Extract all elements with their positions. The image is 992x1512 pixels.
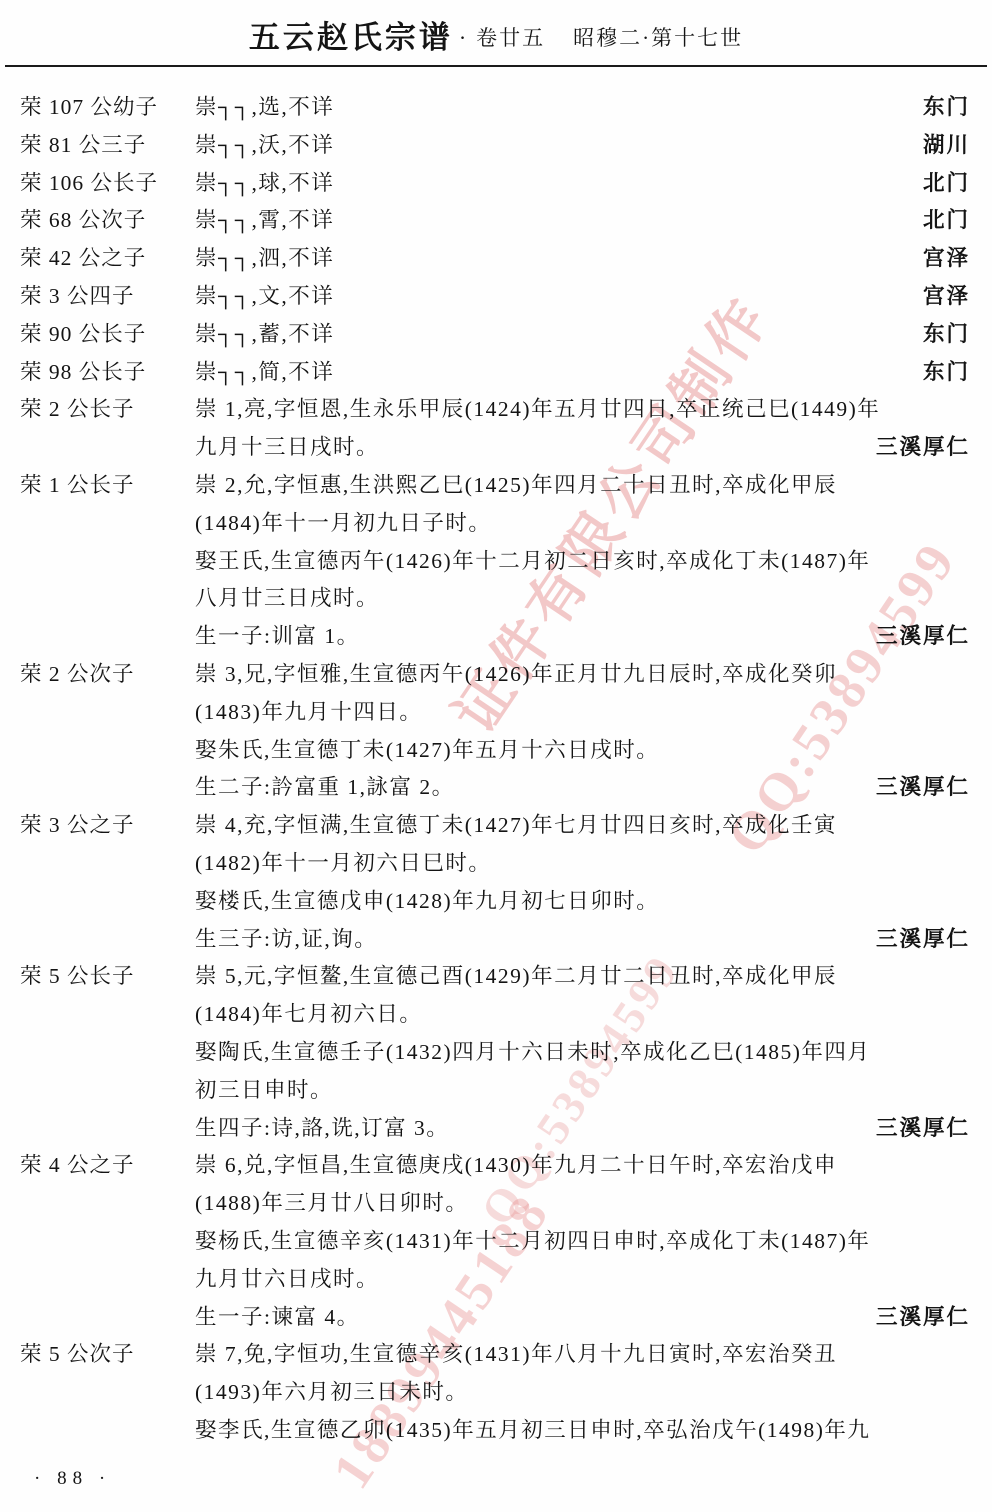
entry-label: 荣 1 公长子 xyxy=(20,467,195,656)
entry-content: 崇 2,允,字恒惠,生洪熙乙巳(1425)年四月二十日丑时,卒成化甲辰(1484… xyxy=(195,467,970,656)
entry-row: 荣 98 公长子崇┐┐,简,不详东门 xyxy=(20,354,970,392)
entry-line: 娶李氏,生宣德乙卯(1435)年五月初三日申时,卒弘治戊午(1498)年九 xyxy=(195,1412,970,1450)
entry-line: 娶王氏,生宣德丙午(1426)年十二月初二日亥时,卒成化丁未(1487)年 xyxy=(195,543,970,581)
entry-line: (1484)年七月初六日。 xyxy=(195,996,970,1034)
branch-place-label: 北门 xyxy=(923,165,970,203)
entry-line: 娶朱氏,生宣德丁未(1427)年五月十六日戌时。 xyxy=(195,732,970,770)
entry-label: 荣 5 公次子 xyxy=(20,1336,195,1449)
page-header: 五云赵氏宗谱·卷廿五昭穆二·第十七世 xyxy=(0,0,992,57)
entry-line: 崇 6,兑,字恒昌,生宣德庚戌(1430)年九月二十日午时,卒宏治戊申 xyxy=(195,1147,970,1185)
entry-line: 娶陶氏,生宣德壬子(1432)四月十六日未时,卒成化乙巳(1485)年四月 xyxy=(195,1034,970,1072)
entry-row: 荣 5 公长子崇 5,元,字恒鳌,生宣德己酉(1429)年二月廿二日丑时,卒成化… xyxy=(20,958,970,1147)
entry-content: 崇 3,兄,字恒雅,生宣德丙午(1426)年正月廿九日辰时,卒成化癸卯(1483… xyxy=(195,656,970,807)
entry-content: 崇┐┐,选,不详东门 xyxy=(195,89,970,127)
entry-text: 崇┐┐,简,不详 xyxy=(195,354,334,392)
entry-label: 荣 90 公长子 xyxy=(20,316,195,354)
entry-line: (1484)年十一月初九日子时。 xyxy=(195,505,970,543)
entry-text: 崇 5,元,字恒鳌,生宣德己酉(1429)年二月廿二日丑时,卒成化甲辰 xyxy=(195,958,837,996)
entry-text: 生四子:诗,詻,诜,订富 3。 xyxy=(195,1110,449,1148)
entry-text: 崇 7,免,字恒功,生宣德辛亥(1431)年八月十九日寅时,卒宏治癸丑 xyxy=(195,1336,837,1374)
entry-line: 崇┐┐,选,不详东门 xyxy=(195,89,970,127)
entry-text: 崇┐┐,文,不详 xyxy=(195,278,334,316)
entry-row: 荣 107 公幼子崇┐┐,选,不详东门 xyxy=(20,89,970,127)
entry-label: 荣 2 公长子 xyxy=(20,391,195,467)
entry-row: 荣 81 公三子崇┐┐,沃,不详湖川 xyxy=(20,127,970,165)
page-number: · 88 · xyxy=(34,1468,111,1490)
entry-content: 崇┐┐,沃,不详湖川 xyxy=(195,127,970,165)
entry-text: (1482)年十一月初六日巳时。 xyxy=(195,845,491,883)
entry-line: 生一子:谏富 4。三溪厚仁 xyxy=(195,1299,970,1337)
entry-line: 崇 3,兄,字恒雅,生宣德丙午(1426)年正月廿九日辰时,卒成化癸卯 xyxy=(195,656,970,694)
entry-line: 娶杨氏,生宣德辛亥(1431)年十二月初四日申时,卒成化丁未(1487)年 xyxy=(195,1223,970,1261)
entries: 荣 107 公幼子崇┐┐,选,不详东门荣 81 公三子崇┐┐,沃,不详湖川荣 1… xyxy=(0,67,992,1450)
entry-line: 崇┐┐,霄,不详北门 xyxy=(195,202,970,240)
branch-place-label: 宫泽 xyxy=(923,278,970,316)
entry-line: 崇┐┐,泗,不详宫泽 xyxy=(195,240,970,278)
entry-content: 崇┐┐,简,不详东门 xyxy=(195,354,970,392)
entry-label: 荣 106 公长子 xyxy=(20,165,195,203)
entry-line: (1482)年十一月初六日巳时。 xyxy=(195,845,970,883)
entry-text: 娶李氏,生宣德乙卯(1435)年五月初三日申时,卒弘治戊午(1498)年九 xyxy=(195,1412,870,1450)
title-separator: · xyxy=(459,25,466,50)
entry-content: 崇┐┐,文,不详宫泽 xyxy=(195,278,970,316)
entry-line: (1493)年六月初三日未时。 xyxy=(195,1374,970,1412)
entry-line: (1488)年三月廿八日卯时。 xyxy=(195,1185,970,1223)
entry-line: 崇 1,亮,字恒恩,生永乐甲辰(1424)年五月廿四日,卒正统己巳(1449)年 xyxy=(195,391,970,429)
entry-text: 崇┐┐,沃,不详 xyxy=(195,127,334,165)
entry-row: 荣 2 公次子崇 3,兄,字恒雅,生宣德丙午(1426)年正月廿九日辰时,卒成化… xyxy=(20,656,970,807)
entry-label: 荣 68 公次子 xyxy=(20,202,195,240)
entry-line: 崇┐┐,球,不详北门 xyxy=(195,165,970,203)
entry-row: 荣 68 公次子崇┐┐,霄,不详北门 xyxy=(20,202,970,240)
entry-line: 生一子:训富 1。三溪厚仁 xyxy=(195,618,970,656)
entry-text: 崇 3,兄,字恒雅,生宣德丙午(1426)年正月廿九日辰时,卒成化癸卯 xyxy=(195,656,837,694)
entry-line: 娶楼氏,生宣德戊申(1428)年九月初七日卯时。 xyxy=(195,883,970,921)
entry-text: 初三日申时。 xyxy=(195,1072,333,1110)
entry-text: 崇 1,亮,字恒恩,生永乐甲辰(1424)年五月廿四日,卒正统己巳(1449)年 xyxy=(195,391,880,429)
entry-text: 崇┐┐,选,不详 xyxy=(195,89,334,127)
volume-label: 卷廿五 xyxy=(476,26,545,50)
entry-text: 八月廿三日戌时。 xyxy=(195,580,379,618)
entry-content: 崇 7,免,字恒功,生宣德辛亥(1431)年八月十九日寅时,卒宏治癸丑(1493… xyxy=(195,1336,970,1449)
entry-label: 荣 3 公之子 xyxy=(20,807,195,958)
entry-content: 崇 1,亮,字恒恩,生永乐甲辰(1424)年五月廿四日,卒正统己巳(1449)年… xyxy=(195,391,970,467)
entry-label: 荣 5 公长子 xyxy=(20,958,195,1147)
entry-text: 崇 4,充,字恒满,生宣德丁未(1427)年七月廿四日亥时,卒成化壬寅 xyxy=(195,807,837,845)
branch-place-label: 三溪厚仁 xyxy=(876,1299,970,1337)
branch-place-label: 东门 xyxy=(923,316,970,354)
entry-content: 崇 4,充,字恒满,生宣德丁未(1427)年七月廿四日亥时,卒成化壬寅(1482… xyxy=(195,807,970,958)
entry-row: 荣 3 公四子崇┐┐,文,不详宫泽 xyxy=(20,278,970,316)
entry-label: 荣 2 公次子 xyxy=(20,656,195,807)
entry-row: 荣 106 公长子崇┐┐,球,不详北门 xyxy=(20,165,970,203)
branch-place-label: 湖川 xyxy=(923,127,970,165)
entry-text: 娶陶氏,生宣德壬子(1432)四月十六日未时,卒成化乙巳(1485)年四月 xyxy=(195,1034,870,1072)
entry-label: 荣 81 公三子 xyxy=(20,127,195,165)
entry-content: 崇┐┐,球,不详北门 xyxy=(195,165,970,203)
entry-row: 荣 3 公之子崇 4,充,字恒满,生宣德丁未(1427)年七月廿四日亥时,卒成化… xyxy=(20,807,970,958)
branch-place-label: 宫泽 xyxy=(923,240,970,278)
entry-text: (1484)年七月初六日。 xyxy=(195,996,422,1034)
entry-text: 娶楼氏,生宣德戊申(1428)年九月初七日卯时。 xyxy=(195,883,659,921)
entry-content: 崇 6,兑,字恒昌,生宣德庚戌(1430)年九月二十日午时,卒宏治戊申(1488… xyxy=(195,1147,970,1336)
entry-content: 崇┐┐,霄,不详北门 xyxy=(195,202,970,240)
entry-content: 崇┐┐,泗,不详宫泽 xyxy=(195,240,970,278)
entry-line: 崇┐┐,蓄,不详东门 xyxy=(195,316,970,354)
entry-text: (1484)年十一月初九日子时。 xyxy=(195,505,491,543)
entry-line: 初三日申时。 xyxy=(195,1072,970,1110)
entry-line: 崇┐┐,文,不详宫泽 xyxy=(195,278,970,316)
entry-line: 崇 2,允,字恒惠,生洪熙乙巳(1425)年四月二十日丑时,卒成化甲辰 xyxy=(195,467,970,505)
entry-text: (1493)年六月初三日未时。 xyxy=(195,1374,468,1412)
entry-line: 八月廿三日戌时。 xyxy=(195,580,970,618)
genealogy-page: 五云赵氏宗谱·卷廿五昭穆二·第十七世 荣 107 公幼子崇┐┐,选,不详东门荣 … xyxy=(0,0,992,1512)
entry-text: 九月十三日戌时。 xyxy=(195,429,379,467)
entry-content: 崇 5,元,字恒鳌,生宣德己酉(1429)年二月廿二日丑时,卒成化甲辰(1484… xyxy=(195,958,970,1147)
entry-text: 崇┐┐,泗,不详 xyxy=(195,240,334,278)
entry-line: 九月十三日戌时。三溪厚仁 xyxy=(195,429,970,467)
entry-row: 荣 90 公长子崇┐┐,蓄,不详东门 xyxy=(20,316,970,354)
entry-line: 崇 7,免,字恒功,生宣德辛亥(1431)年八月十九日寅时,卒宏治癸丑 xyxy=(195,1336,970,1374)
entry-label: 荣 4 公之子 xyxy=(20,1147,195,1336)
entry-text: 崇 6,兑,字恒昌,生宣德庚戌(1430)年九月二十日午时,卒宏治戊申 xyxy=(195,1147,837,1185)
entry-text: 娶王氏,生宣德丙午(1426)年十二月初二日亥时,卒成化丁未(1487)年 xyxy=(195,543,870,581)
branch-place-label: 东门 xyxy=(923,354,970,392)
entry-row: 荣 1 公长子崇 2,允,字恒惠,生洪熙乙巳(1425)年四月二十日丑时,卒成化… xyxy=(20,467,970,656)
branch-place-label: 三溪厚仁 xyxy=(876,921,970,959)
entry-row: 荣 2 公长子崇 1,亮,字恒恩,生永乐甲辰(1424)年五月廿四日,卒正统己巳… xyxy=(20,391,970,467)
entry-text: 九月廿六日戌时。 xyxy=(195,1261,379,1299)
entry-row: 荣 5 公次子崇 7,免,字恒功,生宣德辛亥(1431)年八月十九日寅时,卒宏治… xyxy=(20,1336,970,1449)
entry-text: 娶杨氏,生宣德辛亥(1431)年十二月初四日申时,卒成化丁未(1487)年 xyxy=(195,1223,870,1261)
branch-place-label: 三溪厚仁 xyxy=(876,769,970,807)
entry-text: 生二子:訡富重 1,詠富 2。 xyxy=(195,769,455,807)
entry-label: 荣 3 公四子 xyxy=(20,278,195,316)
branch-place-label: 三溪厚仁 xyxy=(876,429,970,467)
entry-text: 崇┐┐,蓄,不详 xyxy=(195,316,334,354)
entry-text: 崇┐┐,球,不详 xyxy=(195,165,334,203)
entry-line: 生二子:訡富重 1,詠富 2。三溪厚仁 xyxy=(195,769,970,807)
entry-text: 生三子:访,证,询。 xyxy=(195,921,377,959)
entry-line: (1483)年九月十四日。 xyxy=(195,694,970,732)
entry-row: 荣 42 公之子崇┐┐,泗,不详宫泽 xyxy=(20,240,970,278)
entry-text: 生一子:训富 1。 xyxy=(195,618,360,656)
entry-text: 生一子:谏富 4。 xyxy=(195,1299,360,1337)
entry-label: 荣 42 公之子 xyxy=(20,240,195,278)
book-title: 五云赵氏宗谱 xyxy=(249,20,453,55)
entry-text: 崇┐┐,霄,不详 xyxy=(195,202,334,240)
section-label: 昭穆二·第十七世 xyxy=(573,26,743,50)
entry-label: 荣 107 公幼子 xyxy=(20,89,195,127)
entry-line: 崇 5,元,字恒鳌,生宣德己酉(1429)年二月廿二日丑时,卒成化甲辰 xyxy=(195,958,970,996)
entry-line: 崇┐┐,简,不详东门 xyxy=(195,354,970,392)
entry-content: 崇┐┐,蓄,不详东门 xyxy=(195,316,970,354)
entry-text: (1488)年三月廿八日卯时。 xyxy=(195,1185,468,1223)
branch-place-label: 东门 xyxy=(923,89,970,127)
entry-text: 娶朱氏,生宣德丁未(1427)年五月十六日戌时。 xyxy=(195,732,659,770)
entry-line: 生三子:访,证,询。三溪厚仁 xyxy=(195,921,970,959)
entry-text: 崇 2,允,字恒惠,生洪熙乙巳(1425)年四月二十日丑时,卒成化甲辰 xyxy=(195,467,837,505)
branch-place-label: 北门 xyxy=(923,202,970,240)
entry-text: (1483)年九月十四日。 xyxy=(195,694,422,732)
entry-line: 生四子:诗,詻,诜,订富 3。三溪厚仁 xyxy=(195,1110,970,1148)
entry-line: 崇┐┐,沃,不详湖川 xyxy=(195,127,970,165)
entry-row: 荣 4 公之子崇 6,兑,字恒昌,生宣德庚戌(1430)年九月二十日午时,卒宏治… xyxy=(20,1147,970,1336)
entry-label: 荣 98 公长子 xyxy=(20,354,195,392)
entry-line: 九月廿六日戌时。 xyxy=(195,1261,970,1299)
branch-place-label: 三溪厚仁 xyxy=(876,618,970,656)
branch-place-label: 三溪厚仁 xyxy=(876,1110,970,1148)
entry-line: 崇 4,充,字恒满,生宣德丁未(1427)年七月廿四日亥时,卒成化壬寅 xyxy=(195,807,970,845)
